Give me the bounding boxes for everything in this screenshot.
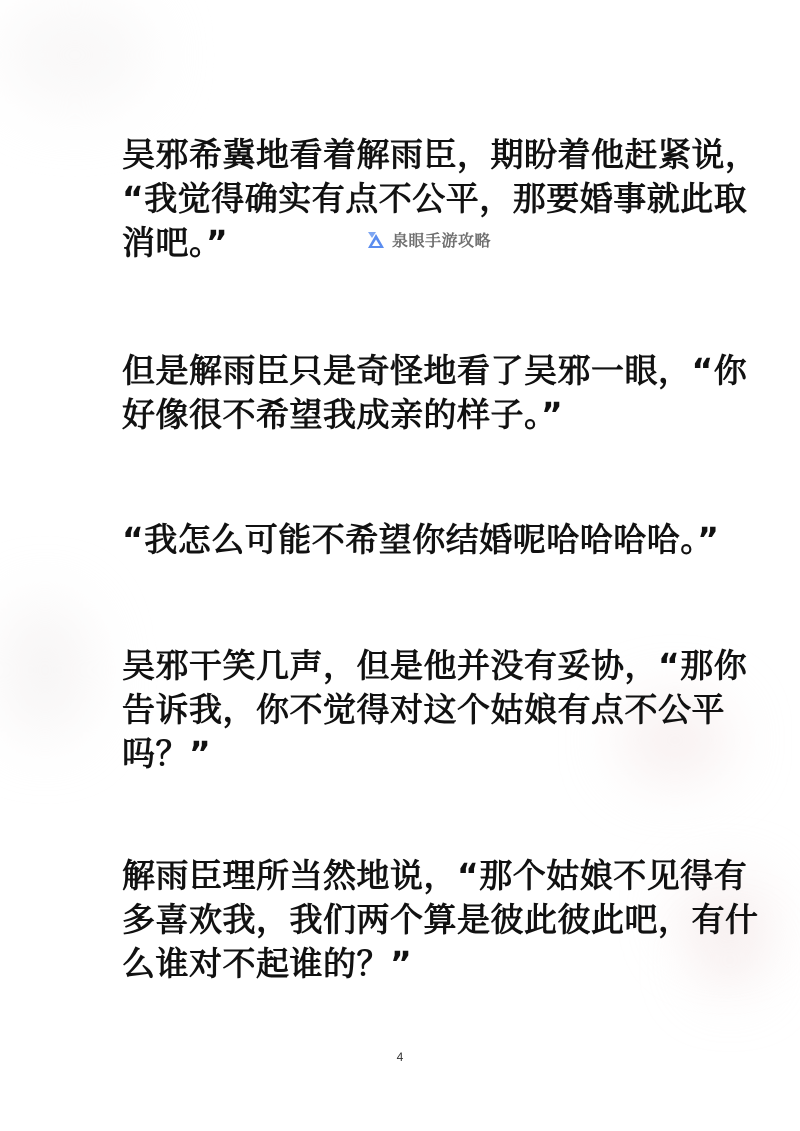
watermark: 泉眼手游攻略 [366, 228, 491, 251]
watermark-text: 泉眼手游攻略 [392, 228, 491, 251]
document-page: 吴邪希冀地看着解雨臣，期盼着他赶紧说， “我觉得确实有点不公平，那要婚事就此取 … [0, 0, 800, 1131]
paragraph-line: 告诉我，你不觉得对这个姑娘有点不公平 [122, 688, 692, 732]
paragraph-3: “我怎么可能不希望你结婚呢哈哈哈哈。” [122, 518, 692, 562]
paragraph-line: 么谁对不起谁的？” [122, 942, 692, 986]
paragraph-line: “我怎么可能不希望你结婚呢哈哈哈哈。” [122, 518, 692, 562]
paragraph-line: 吴邪希冀地看着解雨臣，期盼着他赶紧说， [122, 133, 692, 177]
paragraph-line: “我觉得确实有点不公平，那要婚事就此取 [122, 177, 692, 221]
paragraph-line: 解雨臣理所当然地说，“那个姑娘不见得有 [122, 854, 692, 898]
page-number: 4 [0, 1050, 800, 1064]
paragraph-2: 但是解雨臣只是奇怪地看了吴邪一眼，“你 好像很不希望我成亲的样子。” [122, 349, 692, 437]
paragraph-line: 好像很不希望我成亲的样子。” [122, 393, 692, 437]
paragraph-line: 但是解雨臣只是奇怪地看了吴邪一眼，“你 [122, 349, 692, 393]
paragraph-line: 吴邪干笑几声，但是他并没有妥协，“那你 [122, 644, 692, 688]
paragraph-line: 吗？” [122, 732, 692, 776]
triangle-logo-icon [366, 230, 386, 250]
paragraph-5: 解雨臣理所当然地说，“那个姑娘不见得有 多喜欢我，我们两个算是彼此彼此吧，有什 … [122, 854, 692, 986]
paragraph-4: 吴邪干笑几声，但是他并没有妥协，“那你 告诉我，你不觉得对这个姑娘有点不公平 吗… [122, 644, 692, 776]
paragraph-line: 多喜欢我，我们两个算是彼此彼此吧，有什 [122, 898, 692, 942]
